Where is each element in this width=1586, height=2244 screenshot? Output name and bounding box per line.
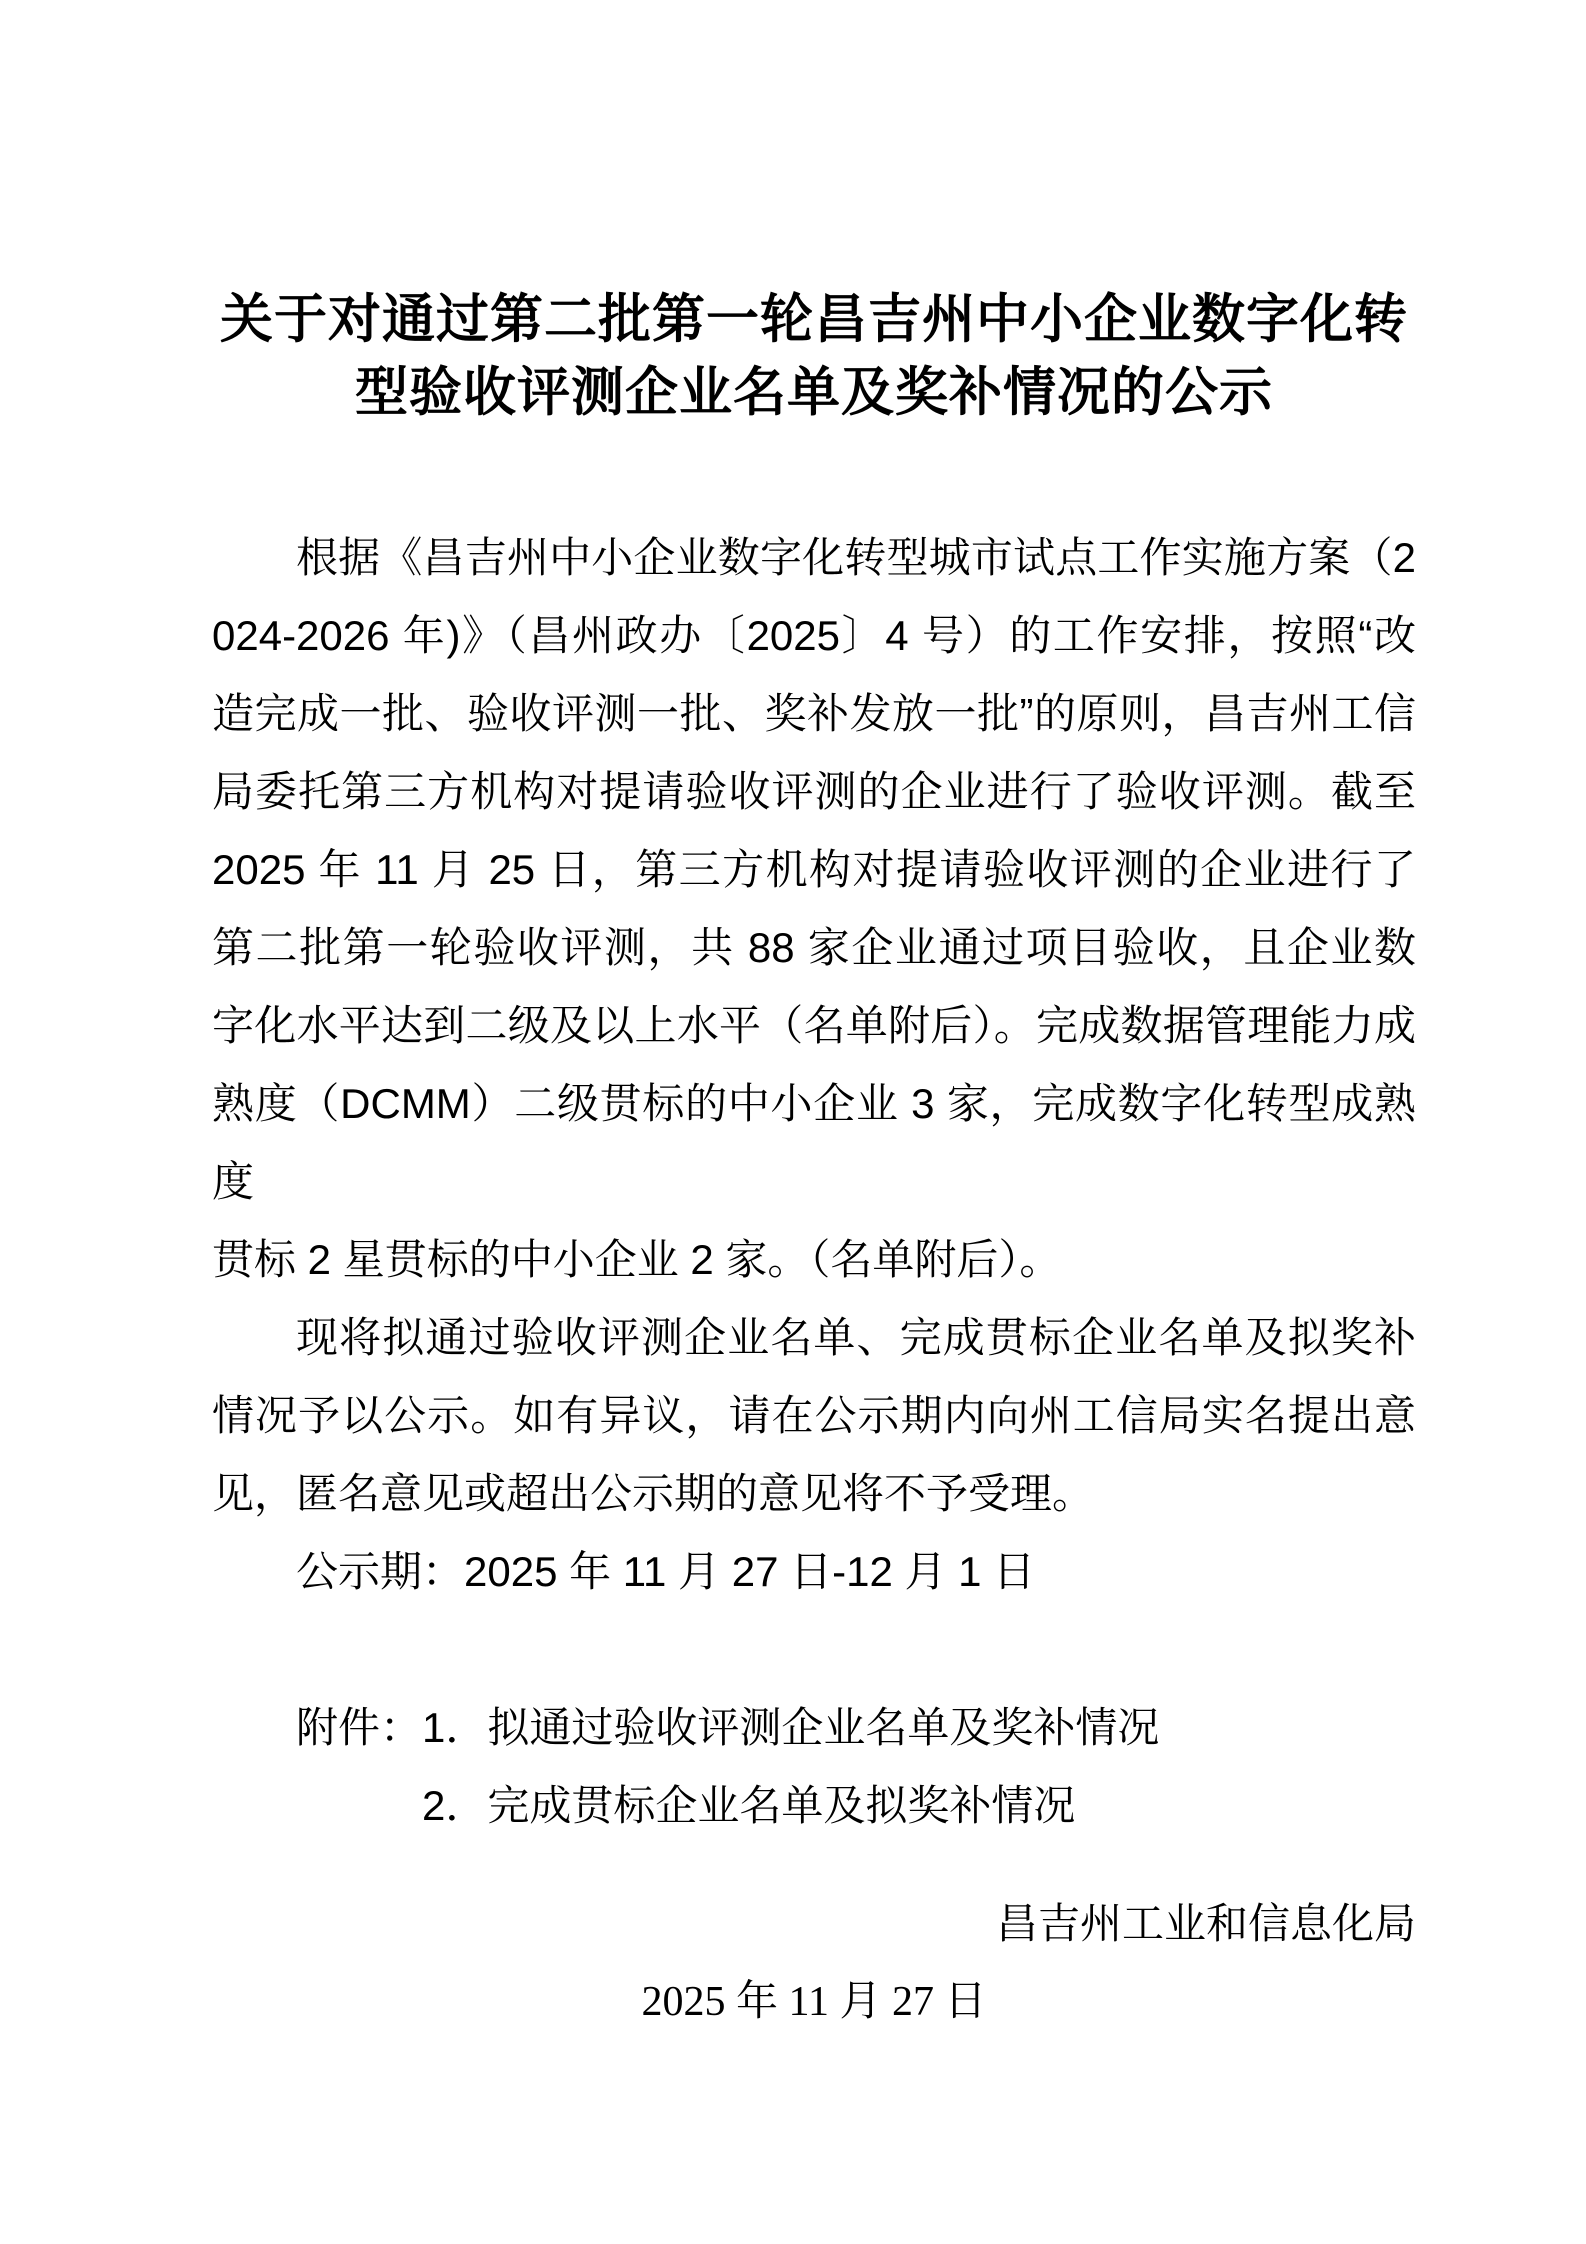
paragraph-line: 024-2026 年)》（昌州政办〔2025〕4 号）的工作安排，按照“改 [212, 597, 1416, 675]
document-body: 根据《昌吉州中小企业数字化转型城市试点工作实施方案（2 024-2026 年)》… [212, 519, 1416, 2041]
blank-line [212, 1611, 1416, 1689]
paragraph-line: 字化水平达到二级及以上水平（名单附后）。完成数据管理能力成 [212, 987, 1416, 1065]
paragraph-line: 熟度（DCMM）二级贯标的中小企业 3 家，完成数字化转型成熟度 [212, 1065, 1416, 1221]
title-line-2: 型验收评测企业名单及奖补情况的公示 [212, 356, 1416, 429]
paragraph-line: 根据《昌吉州中小企业数字化转型城市试点工作实施方案（2 [212, 519, 1416, 597]
paragraph-line: 现将拟通过验收评测企业名单、完成贯标企业名单及拟奖补 [212, 1299, 1416, 1377]
paragraph-line: 第二批第一轮验收评测，共 88 家企业通过项目验收，且企业数 [212, 909, 1416, 987]
issue-date: 2025 年 11 月 27 日 [212, 1963, 1416, 2041]
paragraph-2: 现将拟通过验收评测企业名单、完成贯标企业名单及拟奖补 情况予以公示。如有异议，请… [212, 1299, 1416, 1533]
attachment-item-1: 附件：1．拟通过验收评测企业名单及奖补情况 [212, 1689, 1416, 1767]
attachments: 附件：1．拟通过验收评测企业名单及奖补情况 2．完成贯标企业名单及拟奖补情况 [212, 1689, 1416, 1845]
paragraph-line: 见，匿名意见或超出公示期的意见将不予受理。 [212, 1455, 1416, 1533]
attachment-item-2: 2．完成贯标企业名单及拟奖补情况 [212, 1767, 1416, 1845]
paragraph-line: 造完成一批、验收评测一批、奖补发放一批”的原则，昌吉州工信 [212, 675, 1416, 753]
publicity-period-line: 公示期：2025 年 11 月 27 日-12 月 1 日 [212, 1533, 1416, 1611]
announcement-page: 关于对通过第二批第一轮昌吉州中小企业数字化转 型验收评测企业名单及奖补情况的公示… [0, 0, 1586, 2244]
document-title: 关于对通过第二批第一轮昌吉州中小企业数字化转 型验收评测企业名单及奖补情况的公示 [212, 283, 1416, 429]
title-line-1: 关于对通过第二批第一轮昌吉州中小企业数字化转 [212, 283, 1416, 356]
paragraph-line: 贯标 2 星贯标的中小企业 2 家。（名单附后）。 [212, 1221, 1416, 1299]
signature-block: 昌吉州工业和信息化局 2025 年 11 月 27 日 [212, 1885, 1416, 2041]
issuing-agency: 昌吉州工业和信息化局 [212, 1885, 1416, 1963]
paragraph-line: 情况予以公示。如有异议，请在公示期内向州工信局实名提出意 [212, 1377, 1416, 1455]
paragraph-line: 局委托第三方机构对提请验收评测的企业进行了验收评测。截至 [212, 753, 1416, 831]
paragraph-1: 根据《昌吉州中小企业数字化转型城市试点工作实施方案（2 024-2026 年)》… [212, 519, 1416, 1299]
paragraph-line: 2025 年 11 月 25 日，第三方机构对提请验收评测的企业进行了 [212, 831, 1416, 909]
document-content: 关于对通过第二批第一轮昌吉州中小企业数字化转 型验收评测企业名单及奖补情况的公示… [0, 0, 1586, 2244]
